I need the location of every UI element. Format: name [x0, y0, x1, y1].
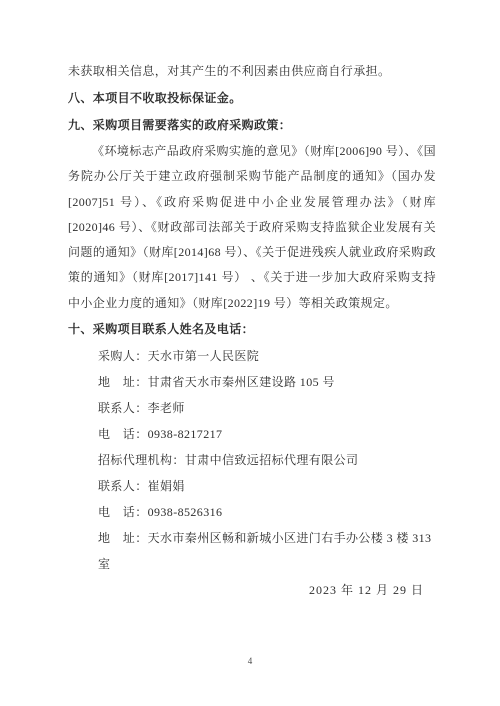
document-date: 2023 年 12 月 29 日 — [68, 577, 436, 603]
contact-purchaser-person: 联系人：李老师 — [68, 395, 436, 421]
paragraph-continuation: 未获取相关信息，对其产生的不利因素由供应商自行承担。 — [68, 58, 436, 85]
contact-agency: 招标代理机构：甘肃中信致远招标代理有限公司 — [68, 447, 436, 473]
section-9-heading: 九、采购项目需要落实的政府采购政策： — [68, 112, 436, 139]
contact-agency-address: 地 址：天水市秦州区畅和新城小区进门右手办公楼 3 楼 313 室 — [68, 525, 436, 577]
contact-agency-phone: 电 话：0938-8526316 — [68, 499, 436, 525]
document-page: 未获取相关信息，对其产生的不利因素由供应商自行承担。 八、本项目不收取投标保证金… — [0, 0, 500, 706]
contact-purchaser: 采购人：天水市第一人民医院 — [68, 343, 436, 369]
contact-purchaser-address: 地 址：甘肃省天水市秦州区建设路 105 号 — [68, 369, 436, 395]
contact-purchaser-phone: 电 话：0938-8217217 — [68, 421, 436, 447]
page-number: 4 — [0, 656, 500, 666]
section-10-heading: 十、采购项目联系人姓名及电话： — [68, 316, 436, 343]
contact-agency-person: 联系人：崔娟娟 — [68, 473, 436, 499]
section-8-heading: 八、本项目不收取投标保证金。 — [68, 85, 436, 112]
section-9-policy-paragraph: 《环境标志产品政府采购实施的意见》（财库[2006]90 号）、《国务院办公厅关… — [68, 139, 436, 316]
